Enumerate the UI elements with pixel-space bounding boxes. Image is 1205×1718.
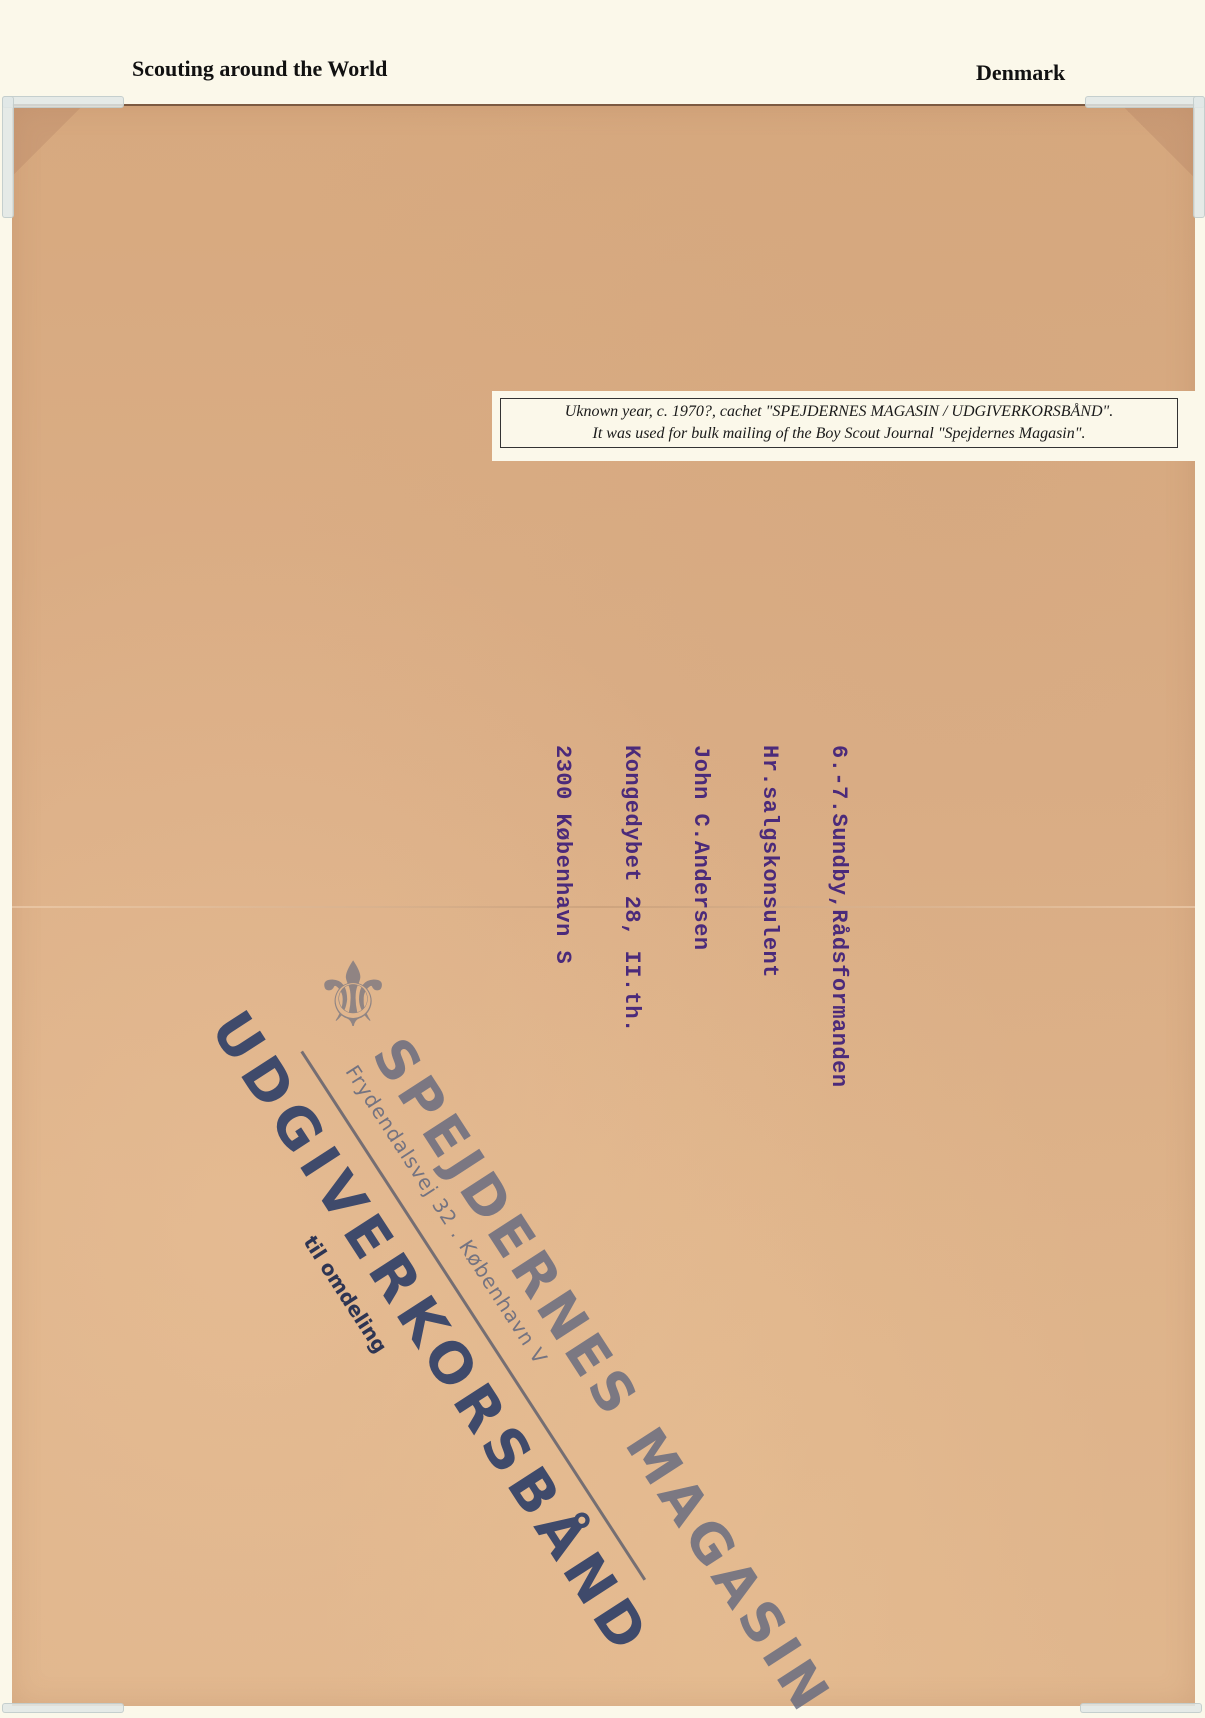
mount-corner-bottom-right [1080,1703,1202,1713]
mount-corner-top-left [2,96,124,108]
address-line: Hr.salgskonsulent [758,745,781,1088]
typed-address: 6.-7.Sundby,Rådsformanden Hr.salgskonsul… [528,745,896,1088]
page-header: Scouting around the World Denmark [0,52,1205,92]
address-line: John C.Andersen [689,745,712,1088]
mount-corner-top-left-side [2,96,14,218]
mount-corner-bottom-left [2,1703,124,1713]
fleur-de-lis-icon: ⚜ [313,947,403,1047]
mount-corner-top-right-side [1193,96,1205,218]
caption-line-2: It was used for bulk mailing of the Boy … [501,423,1177,445]
caption-line-1: Uknown year, c. 1970?, cachet "SPEJDERNE… [501,401,1177,423]
country-label: Denmark [976,60,1065,86]
envelope-corner-fold [1125,106,1195,181]
envelope-corner-fold [12,106,82,176]
album-title: Scouting around the World [132,56,387,82]
address-line: Kongedybet 28, II.th. [620,745,643,1088]
address-line: 2300 København S [551,745,574,1088]
caption-box: Uknown year, c. 1970?, cachet "SPEJDERNE… [500,398,1178,448]
mount-corner-top-right [1085,96,1205,108]
address-line: 6.-7.Sundby,Rådsformanden [827,745,850,1088]
